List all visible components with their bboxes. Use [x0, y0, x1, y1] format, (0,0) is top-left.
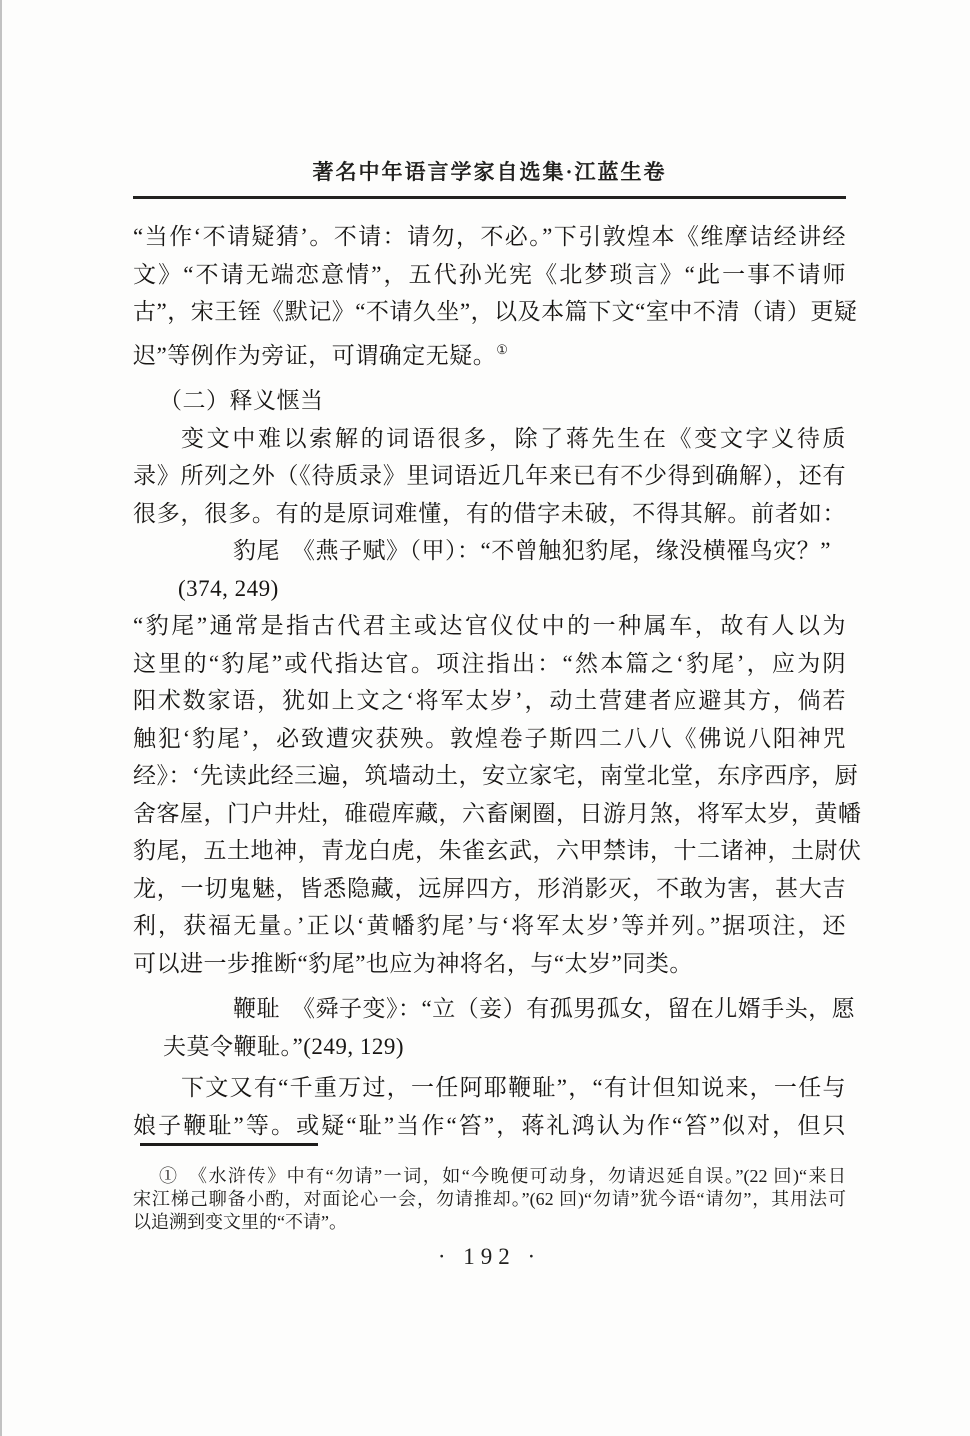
body-line: 舍客屋，门户井灶，碓磑库藏，六畜阑圈，日游月煞，将军太岁，黄幡: [133, 795, 846, 833]
body-line: 豹尾，五土地神，青龙白虎，朱雀玄武，六甲禁讳，十二诸神，土尉伏: [133, 832, 846, 870]
body-line: 娘子鞭耻”等。或疑“耻”当作“笞”，蒋礼鸿认为作“笞”似对，但只: [133, 1107, 846, 1145]
quote-line: 夫莫令鞭耻。”(249, 129): [133, 1028, 846, 1066]
section-heading: （二）释义惬当: [133, 382, 846, 420]
quote-reference: (374, 249): [133, 570, 846, 608]
body-line: 利，获福无量。’正以‘黄幡豹尾’与‘将军太岁’等并列。”据项注，还: [133, 907, 846, 945]
body-line: 古”，宋王铚《默记》“不请久坐”，以及本篇下文“室中不清（请）更疑: [133, 293, 846, 331]
body-line: 这里的“豹尾”或代指达官。项注指出：“然本篇之‘豹尾’，应为阴: [133, 645, 846, 683]
footnote: ① 《水浒传》中有“勿请”一词，如“今晚便可动身，勿请迟延自误。”(22 回)“…: [133, 1165, 846, 1235]
body-line: 龙，一切鬼魅，皆悉隐藏，远屏四方，形消影灭，不敢为害，甚大吉: [133, 870, 846, 908]
body-text: “当作‘不请疑猜’。不请：请勿，不必。”下引敦煌本《维摩诘经讲经 文》“不请无端…: [133, 218, 846, 1144]
body-line: 经》：‘先读此经三遍，筑墙动土，安立家宅，南堂北堂，东序西序，厨: [133, 757, 846, 795]
body-line: “当作‘不请疑猜’。不请：请勿，不必。”下引敦煌本《维摩诘经讲经: [133, 218, 846, 256]
body-line: 可以进一步推断“豹尾”也应为神将名，与“太岁”同类。: [133, 945, 846, 983]
running-header-title: 著名中年语言学家自选集·江蓝生卷: [133, 158, 846, 186]
body-line: “豹尾”通常是指古代君主或达官仪仗中的一种属车，故有人以为: [133, 607, 846, 645]
footnote-line: ① 《水浒传》中有“勿请”一词，如“今晚便可动身，勿请迟延自误。”(22 回)“…: [133, 1165, 846, 1188]
body-line: 阳术数家语，犹如上文之‘将军太岁’，动土营建者应避其方，倘若: [133, 682, 846, 720]
body-line-text: 迟”等例作为旁证，可谓确定无疑。: [133, 343, 496, 368]
footnote-rule: [140, 1143, 318, 1146]
header-rule: [133, 196, 846, 199]
body-line: 迟”等例作为旁证，可谓确定无疑。①: [133, 331, 846, 375]
body-line: 很多，很多。有的是原词难懂，有的借字未破，不得其解。前者如：: [133, 495, 846, 533]
body-line: 触犯‘豹尾’，必致遭灾获殃。敦煌卷子斯四二八八《佛说八阳神咒: [133, 720, 846, 758]
body-line: 下文又有“千重万过，一任阿耶鞭耻”，“有计但知说来，一任与: [133, 1069, 846, 1107]
footnote-line: 以追溯到变文里的“不请”。: [133, 1211, 846, 1234]
book-page: 著名中年语言学家自选集·江蓝生卷 “当作‘不请疑猜’。不请：请勿，不必。”下引敦…: [0, 0, 970, 1436]
scan-edge-line: [0, 0, 2, 1436]
footnote-line: 宋江梯己聊备小酌，对面论心一会，勿请推却。”(62 回)“勿请”犹今语“请勿”，…: [133, 1188, 846, 1211]
footnote-marker: ①: [496, 342, 508, 357]
page-number: · 192 ·: [133, 1244, 846, 1270]
quote-line: 鞭耻 《舜子变》：“立（妾）有孤男孤女，留在儿婿手头，愿: [133, 990, 846, 1028]
body-line: 变文中难以索解的词语很多，除了蒋先生在《变文字义待质: [133, 420, 846, 458]
body-line: 文》“不请无端恋意情”，五代孙光宪《北梦琐言》“此一事不请师: [133, 256, 846, 294]
quote-line: 豹尾 《燕子赋》（甲）：“不曾触犯豹尾，缘没横罹鸟灾？”: [133, 532, 846, 570]
body-line: 录》所列之外（《待质录》里词语近几年来已有不少得到确解），还有: [133, 457, 846, 495]
